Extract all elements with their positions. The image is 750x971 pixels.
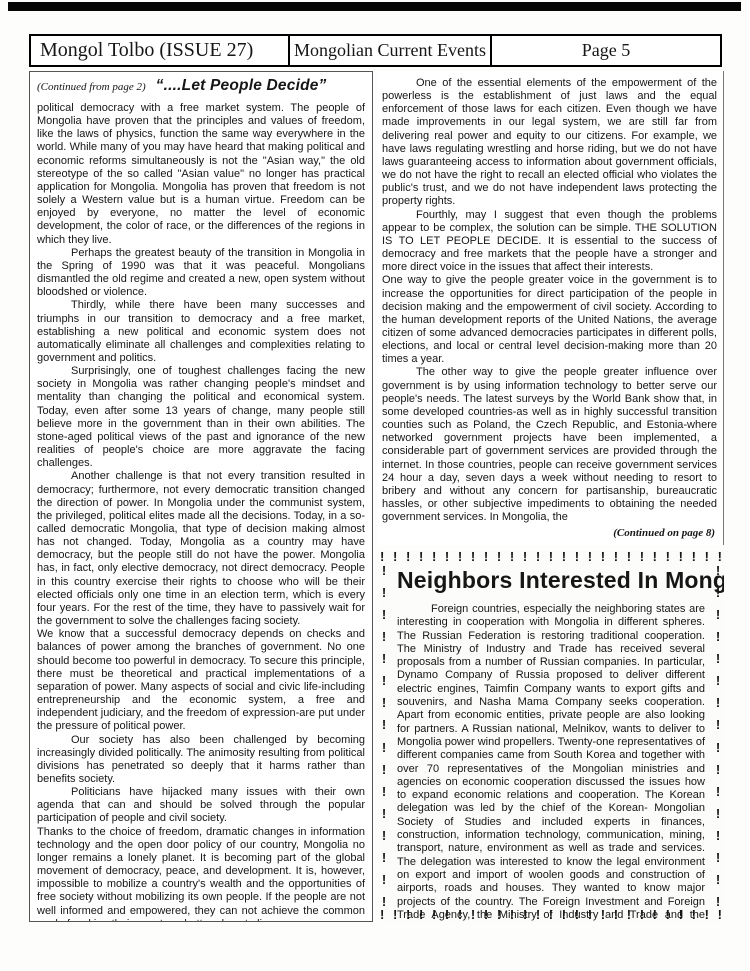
paragraph: Politicians have hijacked many issues wi… — [37, 786, 365, 825]
right-column: One of the essential elements of the emp… — [378, 71, 724, 545]
newsletter-title: Mongol Tolbo (ISSUE 27) — [31, 36, 288, 65]
ornament-border-top-icon: !!!!!!!!!!!!!!!!!!!!!!!!!!! — [378, 550, 724, 564]
paragraph: The other way to give the people greater… — [382, 366, 717, 524]
paragraph: Fourthly, may I suggest that even though… — [382, 209, 717, 275]
paragraph: Thanks to the choice of freedom, dramati… — [37, 826, 365, 922]
continued-on-note: (Continued on page 8) — [382, 527, 715, 539]
continued-from-note: (Continued from page 2) — [37, 81, 146, 93]
ornament-border-left-icon: !!!!!!!!!!!!!!!! — [378, 564, 390, 908]
paragraph: Surprisingly, one of toughest challenges… — [37, 365, 365, 470]
paragraph: Our society has also been challenged by … — [37, 734, 365, 787]
ornament-border-bottom-icon: !!!!!!!!!!!!!!!!!!!!!!!!!!! — [378, 908, 724, 922]
paragraph: One way to give the people greater voice… — [382, 274, 717, 366]
page-number: Page 5 — [492, 36, 720, 65]
section-title: Mongolian Current Events — [288, 36, 492, 65]
right-column-text: One of the essential elements of the emp… — [378, 71, 724, 545]
paragraph: Another challenge is that not every tran… — [37, 470, 365, 628]
paragraph: We know that a successful democracy depe… — [37, 628, 365, 733]
ornament-border-right-icon: !!!!!!!!!!!!!!!! — [712, 564, 724, 908]
paragraph: political democracy with a free market s… — [37, 102, 365, 247]
left-column: (Continued from page 2) “....Let People … — [29, 71, 373, 922]
article-heading: (Continued from page 2) “....Let People … — [37, 77, 365, 95]
paragraph: Thirdly, while there have been many succ… — [37, 299, 365, 365]
article-headline: “....Let People Decide” — [156, 77, 327, 95]
boxed-article-content: Neighbors Interested In Mongolia Foreign… — [390, 564, 712, 908]
paragraph: Foreign countries, especially the neighb… — [397, 603, 705, 922]
boxed-article: !!!!!!!!!!!!!!!!!!!!!!!!!!! !!!!!!!!!!!!… — [378, 550, 724, 922]
paragraph: One of the essential elements of the emp… — [382, 77, 717, 209]
masthead: Mongol Tolbo (ISSUE 27) Mongolian Curren… — [29, 34, 722, 67]
paragraph: Perhaps the greatest beauty of the trans… — [37, 247, 365, 300]
scan-top-black-bar — [8, 2, 741, 11]
boxed-article-title: Neighbors Interested In Mongolia — [397, 567, 705, 594]
